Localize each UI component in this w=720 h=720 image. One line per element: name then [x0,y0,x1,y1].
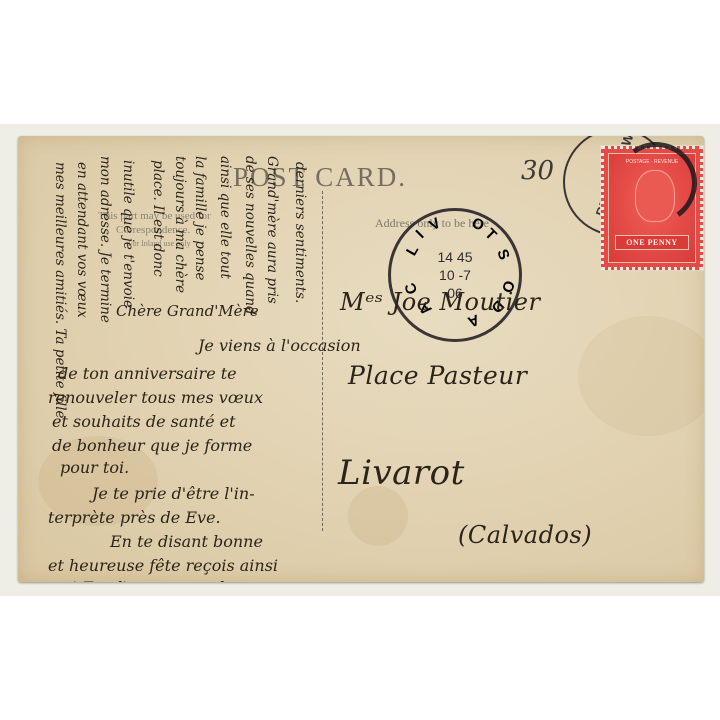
message-line: terprète près de Eve. [48,508,221,527]
message-line: Je viens à l'occasion [198,336,361,355]
vertical-message-line: en attendant vos vœux [74,162,90,318]
divider-line [322,191,323,531]
message-line: et heureuse fête reçois ainsi [48,556,278,575]
message-line: qu' Eve l'assurance de mes [52,578,272,582]
recipient-name: Mᵉˢ Joe Moutier [340,288,540,316]
vertical-message-line: mon adresse. Je termine [97,156,113,323]
message-line: En te disant bonne [110,532,263,551]
postcard-title: POST CARD. [233,162,407,193]
message-salutation: Chère Grand'Mère [116,302,259,320]
postcard: POST CARD. This part may be used for Cor… [18,136,704,582]
vertical-message-line: place. Il est donc [150,160,166,277]
vertical-message-line: la famille je pense [192,156,208,280]
recipient-region: (Calvados) [458,521,592,549]
vertical-message-line: inutile que je t'envoie [120,160,136,308]
recipient-town: Livarot [338,453,465,493]
vertical-message-line: de ses nouvelles quand [242,156,258,315]
message-line: et souhaits de santé et [52,412,236,431]
message-line: pour toi. [60,458,129,477]
paper-stain [578,316,704,436]
vertical-message-line: toujours à ma chère [172,156,188,293]
recipient-street: Place Pasteur [348,361,527,390]
vertical-message-line: derniers sentiments. [292,162,308,303]
message-line: de bonheur que je forme [52,436,252,455]
message-line: Je te prie d'être l'in- [92,484,255,503]
paper-stain [348,486,408,546]
message-line: renouveler tous mes vœux [48,388,263,407]
postmark-ring: L I V O T S O D A A C [394,196,522,346]
vertical-message-line: Grand'mère aura pris [264,156,280,304]
message-line: de ton anniversaire te [58,364,237,383]
stamp-denomination: ONE PENNY [615,235,689,250]
vertical-message-line: ainsi que elle tout [217,156,233,279]
handwritten-number: 30 [521,156,554,186]
